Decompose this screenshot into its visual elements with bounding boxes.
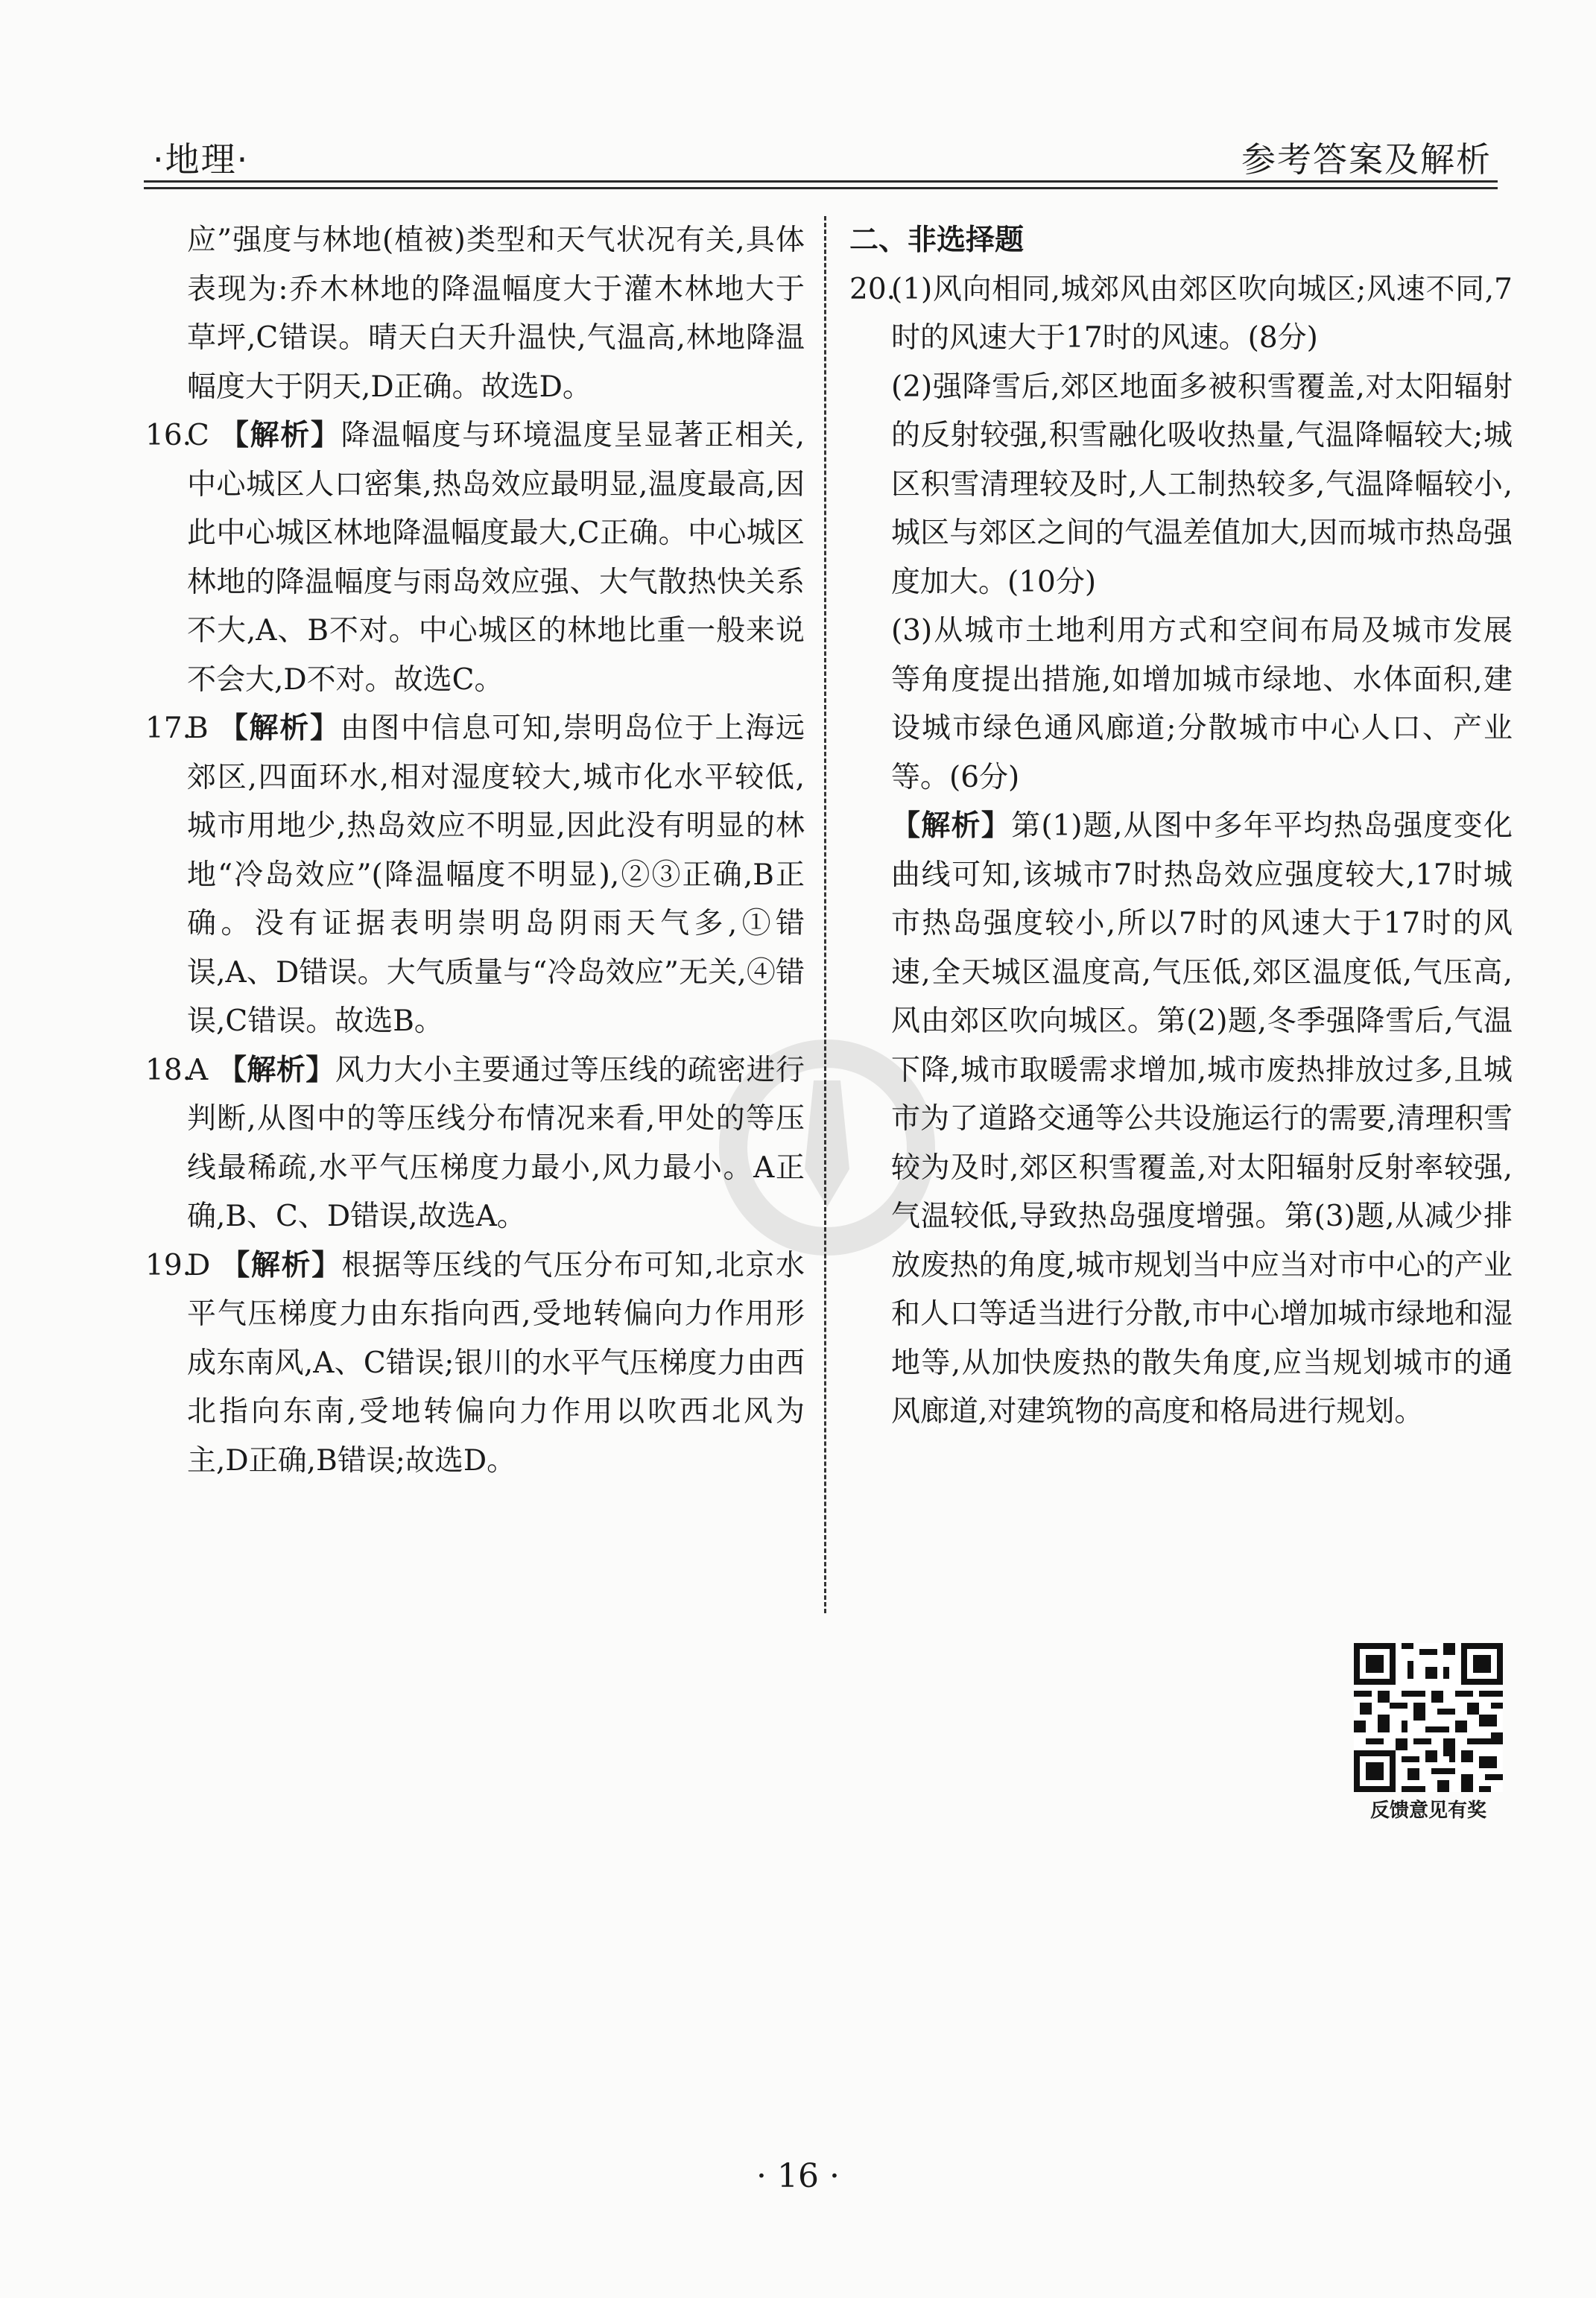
subject-label: ·地理·: [153, 133, 249, 182]
analysis-tag: 【解析】: [219, 712, 341, 745]
analysis-tag: 【解析】: [220, 419, 341, 452]
answer-20-analysis: 【解析】第(1)题,从图中多年平均热岛强度变化曲线可知,该城市7时热岛效应强度较…: [849, 802, 1513, 1437]
answer-choice: A: [187, 1054, 208, 1087]
answer-19: 19.D 【解析】根据等压线的气压分布可知,北京水平气压梯度力由东指向西,受地转…: [145, 1241, 805, 1486]
header-rule-bottom: [144, 187, 1498, 189]
analysis-tag: 【解析】: [218, 1054, 335, 1087]
analysis-text: 第(1)题,从图中多年平均热岛强度变化曲线可知,该城市7时热岛效应强度较大,17…: [891, 809, 1513, 1428]
qr-code-icon[interactable]: [1354, 1643, 1503, 1792]
answer-16: 16.C 【解析】降温幅度与环境温度呈显著正相关,中心城区人口密集,热岛效应最明…: [145, 411, 805, 704]
answer-text: 由图中信息可知,崇明岛位于上海远郊区,四面环水,相对湿度较大,城市化水平较低,城…: [187, 712, 805, 1038]
answer-number: 19.: [145, 1241, 187, 1291]
section-heading: 二、非选择题: [849, 216, 1513, 265]
answer-text: 降温幅度与环境温度呈显著正相关,中心城区人口密集,热岛效应最明显,温度最高,因此…: [187, 419, 805, 697]
analysis-tag: 【解析】: [891, 809, 1011, 843]
answer-20-part-2: (2)强降雪后,郊区地面多被积雪覆盖,对太阳辐射的反射较强,积雪融化吸收热量,气…: [849, 363, 1513, 607]
answer-choice: C: [187, 419, 209, 452]
answer-choice: D: [187, 1249, 210, 1282]
answer-20-part-3: (3)从城市土地利用方式和空间布局及城市发展等角度提出措施,如增加城市绿地、水体…: [849, 607, 1513, 802]
answer-17: 17.B 【解析】由图中信息可知,崇明岛位于上海远郊区,四面环水,相对湿度较大,…: [145, 704, 805, 1046]
answer-text: (1)风向相同,城郊风由郊区吹向城区;风速不同,7时的风速大于17时的风速。(8…: [891, 273, 1513, 355]
feedback-qr-block[interactable]: 反馈意见有奖: [1350, 1643, 1507, 1823]
answer-number: 20.: [849, 265, 891, 314]
header-rule-top: [144, 180, 1498, 183]
answer-text: 根据等压线的气压分布可知,北京水平气压梯度力由东指向西,受地转偏向力作用形成东南…: [187, 1249, 805, 1478]
column-divider: [824, 216, 826, 1613]
answer-18: 18.A 【解析】风力大小主要通过等压线的疏密进行判断,从图中的等压线分布情况来…: [145, 1046, 805, 1241]
section-title: 参考答案及解析: [1241, 133, 1492, 182]
analysis-tag: 【解析】: [221, 1249, 341, 1282]
answer-20-part-1: 20.(1)风向相同,城郊风由郊区吹向城区;风速不同,7时的风速大于17时的风速…: [849, 265, 1513, 363]
page-number: · 16 ·: [0, 2157, 1596, 2195]
left-column: 应”强度与林地(植被)类型和天气状况有关,具体表现为:乔木林地的降温幅度大于灌木…: [145, 216, 805, 1485]
answer-number: 18.: [145, 1046, 187, 1095]
answer-number: 16.: [145, 411, 187, 460]
answer-choice: B: [187, 712, 209, 745]
qr-caption: 反馈意见有奖: [1350, 1795, 1507, 1823]
answer-15-continuation: 应”强度与林地(植被)类型和天气状况有关,具体表现为:乔木林地的降温幅度大于灌木…: [145, 216, 805, 411]
right-column: 二、非选择题 20.(1)风向相同,城郊风由郊区吹向城区;风速不同,7时的风速大…: [849, 216, 1513, 1437]
answer-number: 17.: [145, 704, 187, 753]
